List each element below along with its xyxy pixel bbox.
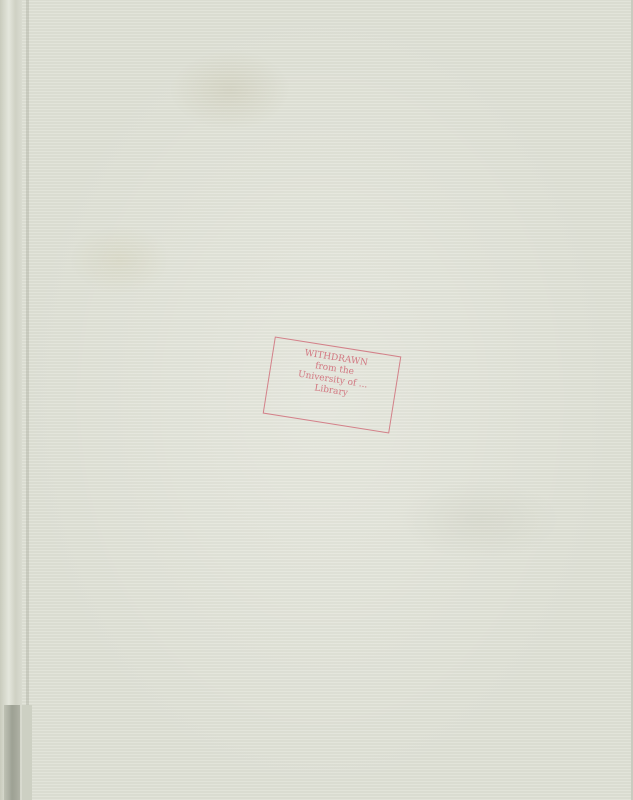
book-cover: WITHDRAWN from the University of ... Lib… bbox=[0, 0, 633, 800]
spine-label-strip bbox=[22, 705, 32, 800]
spine-label-remnant bbox=[4, 705, 20, 800]
spine-edge bbox=[0, 0, 22, 800]
cover-hinge bbox=[26, 0, 29, 800]
library-stamp: WITHDRAWN from the University of ... Lib… bbox=[263, 336, 402, 433]
